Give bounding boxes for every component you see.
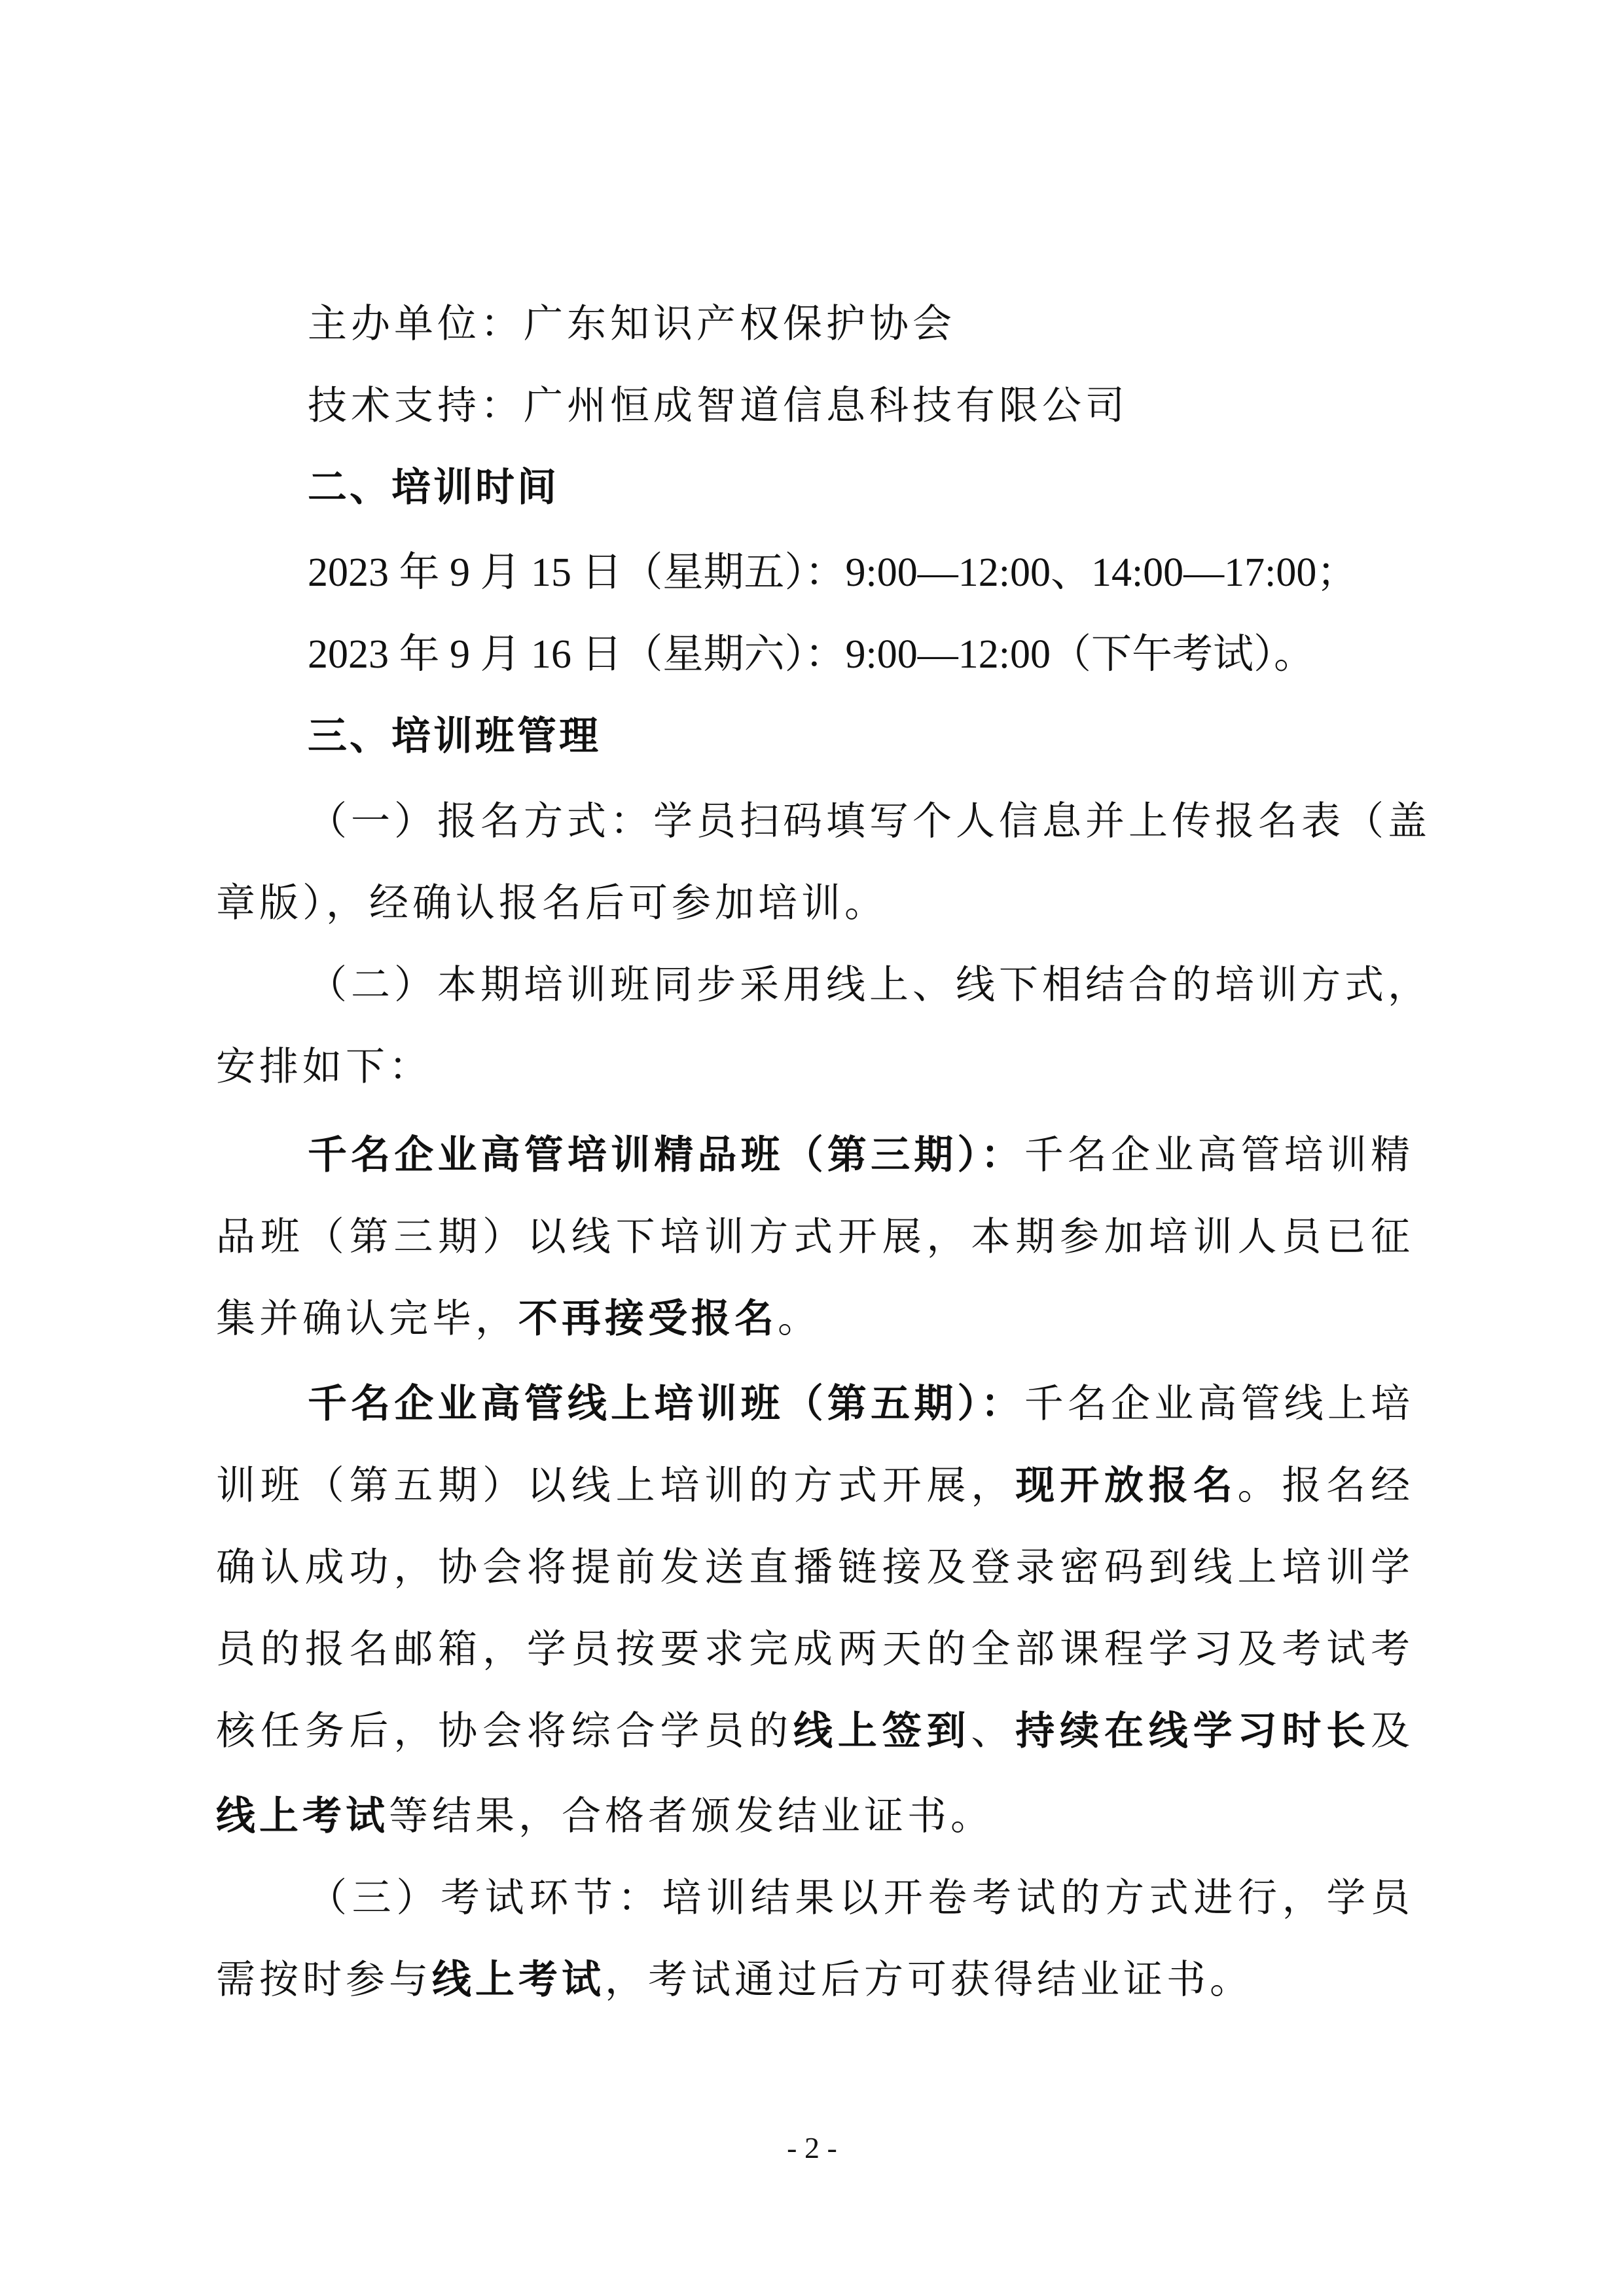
premium-class-text: 集并确认完毕，: [216, 1296, 518, 1342]
tech-support-value: 广州恒成智道信息科技有限公司: [524, 383, 1128, 429]
exam-section-line2: 需按时参与线上考试，考试通过后方可获得结业证书。: [216, 1954, 1414, 2006]
premium-class-line2: 品班（第三期）以线下培训方式开展，本期参加培训人员已征: [216, 1211, 1414, 1263]
exam-section-line1: （三）考试环节：培训结果以开卷考试的方式进行，学员: [308, 1872, 1414, 1924]
online-class-title: 千名企业高管线上培训班（第五期）：: [308, 1381, 1024, 1427]
tech-support-label: 技术支持：: [308, 383, 524, 429]
study-duration-requirement: 持续在线学习时长: [1015, 1708, 1371, 1754]
online-class-line5: 核任务后，协会将综合学员的线上签到、持续在线学习时长及: [216, 1705, 1414, 1757]
online-class-line2: 训班（第五期）以线上培训的方式开展，现开放报名。报名经: [216, 1460, 1414, 1512]
schedule-day1: 2023 年 9 月 15 日（星期五）：9:00—12:00、14:00—17…: [308, 547, 1414, 599]
organizer-value: 广东知识产权保护协会: [524, 301, 956, 347]
online-class-text: 及: [1371, 1708, 1414, 1754]
registration-method-line1: （一）报名方式：学员扫码填写个人信息并上传报名表（盖: [308, 795, 1414, 848]
online-class-text: 核任务后，协会将综合学员的: [216, 1708, 793, 1754]
premium-class-title: 千名企业高管培训精品班（第三期）：: [308, 1132, 1024, 1178]
online-class-text: 。报名经: [1237, 1463, 1414, 1509]
training-mode-line1: （二）本期培训班同步采用线上、线下相结合的培训方式，: [308, 959, 1414, 1011]
tech-support-line: 技术支持：广州恒成智道信息科技有限公司: [308, 380, 1414, 432]
premium-class-line1: 千名企业高管培训精品班（第三期）：千名企业高管培训精: [308, 1129, 1414, 1181]
section-heading-training-time: 二、培训时间: [308, 461, 1414, 514]
document-page: 主办单位：广东知识产权保护协会 技术支持：广州恒成智道信息科技有限公司 二、培训…: [0, 0, 1624, 2296]
online-signin-requirement: 线上签到: [793, 1708, 971, 1754]
organizer-label: 主办单位：: [308, 301, 524, 347]
schedule-day2: 2023 年 9 月 16 日（星期六）：9:00—12:00（下午考试）。: [308, 628, 1414, 681]
registration-closed-notice: 不再接受报名: [518, 1296, 778, 1342]
premium-class-text: 千名企业高管培训精: [1024, 1132, 1414, 1178]
premium-class-line3: 集并确认完毕，不再接受报名。: [216, 1293, 1414, 1345]
section-heading-class-management: 三、培训班管理: [308, 710, 1414, 762]
online-class-text: 、: [971, 1708, 1015, 1754]
registration-open-notice: 现开放报名: [1015, 1463, 1237, 1509]
online-class-line4: 员的报名邮箱，学员按要求完成两天的全部课程学习及考试考: [216, 1623, 1414, 1676]
online-class-line6: 线上考试等结果，合格者颁发结业证书。: [216, 1790, 1414, 1842]
online-class-text: 等结果，合格者颁发结业证书。: [389, 1793, 994, 1839]
online-class-line1: 千名企业高管线上培训班（第五期）：千名企业高管线上培: [308, 1378, 1414, 1430]
registration-method-line2: 章版），经确认报名后可参加培训。: [216, 877, 1414, 929]
online-class-text: 训班（第五期）以线上培训的方式开展，: [216, 1463, 1015, 1509]
page-number: - 2 -: [0, 2130, 1624, 2165]
online-exam-emphasis: 线上考试: [432, 1957, 605, 2003]
exam-text: ，考试通过后方可获得结业证书。: [605, 1957, 1253, 2003]
online-exam-requirement: 线上考试: [216, 1793, 389, 1839]
premium-class-text: 。: [778, 1296, 821, 1342]
exam-text: 需按时参与: [216, 1957, 432, 2003]
organizer-line: 主办单位：广东知识产权保护协会: [308, 298, 1414, 350]
training-mode-line2: 安排如下：: [216, 1041, 1414, 1093]
online-class-text: 千名企业高管线上培: [1024, 1381, 1414, 1427]
online-class-line3: 确认成功，协会将提前发送直播链接及登录密码到线上培训学: [216, 1541, 1414, 1594]
